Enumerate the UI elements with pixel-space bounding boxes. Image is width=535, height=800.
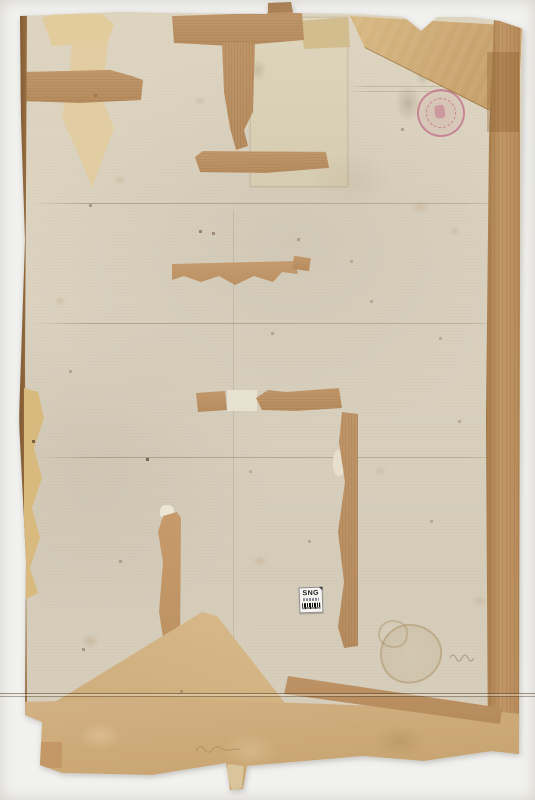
tape-bit-bottom-left-edge <box>36 742 62 768</box>
tape-piece-long-center <box>256 388 342 412</box>
inventory-label-code: SNG <box>302 590 319 598</box>
paper-sheet-wrapper <box>0 0 535 800</box>
tape-scrap-middle-right <box>292 256 311 271</box>
label-corner-mark-icon <box>319 587 323 591</box>
water-stain-ring-small <box>378 620 408 648</box>
scanner-fold-line <box>0 693 535 697</box>
inventory-label: SNG <box>299 587 324 614</box>
dirt-specks <box>0 0 1 1</box>
paper-sheet <box>0 0 535 800</box>
tape-piece-small-center <box>196 391 227 412</box>
pencil-squiggle <box>448 648 478 669</box>
kraft-tape-right-edge-dark-segment <box>487 52 519 132</box>
barcode <box>302 603 320 610</box>
inventory-label-number <box>303 598 319 602</box>
tape-strip-top-left <box>20 70 143 104</box>
scan-background: SNG <box>0 0 535 800</box>
faint-pencil-inscription <box>194 742 242 761</box>
